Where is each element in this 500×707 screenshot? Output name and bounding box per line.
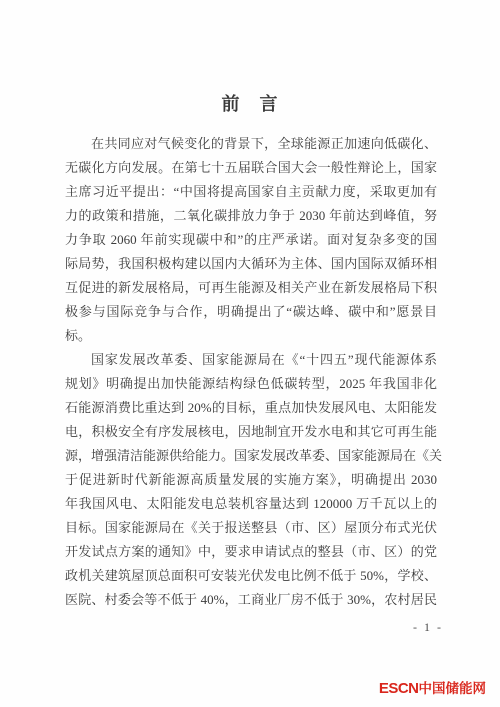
text-line: 标。: [65, 324, 437, 348]
page-title: 前 言: [0, 0, 500, 114]
text-line: 石能源消费比重达到 20%的目标，重点加快发展风电、太阳能发: [65, 396, 437, 420]
document-page: 前 言 在共同应对气候变化的背景下，全球能源正加速向低碳化、 无碳化方向发展。在…: [0, 0, 500, 707]
text-line: 互促进的新发展格局，可再生能源及相关产业在新发展格局下积: [65, 276, 437, 300]
document-body: 在共同应对气候变化的背景下，全球能源正加速向低碳化、 无碳化方向发展。在第七十五…: [65, 132, 437, 612]
text-line: 在共同应对气候变化的背景下，全球能源正加速向低碳化、: [65, 132, 437, 156]
text-line: 力争取 2060 年前实现碳中和”的庄严承诺。面对复杂多变的国: [65, 228, 437, 252]
logo-text-cjk: 中国储能网: [419, 677, 487, 697]
text-line: 年我国风电、太阳能发电总装机容量达到 120000 万千瓦以上的: [65, 492, 437, 516]
page-number: - 1 -: [0, 620, 500, 635]
footer-logo-watermark: ESCN 中国储能网: [379, 677, 486, 697]
text-line: 源，增强清洁能源供给能力。国家发展改革委、国家能源局在《关: [65, 444, 437, 468]
text-line: 无碳化方向发展。在第七十五届联合国大会一般性辩论上，国家: [65, 156, 437, 180]
text-line: 医院、村委会等不低于 40%，工商业厂房不低于 30%，农村居民: [65, 588, 437, 612]
text-line: 规划》明确提出加快能源结构绿色低碳转型，2025 年我国非化: [65, 372, 437, 396]
text-line: 国家发展改革委、国家能源局在《“十四五”现代能源体系: [65, 348, 437, 372]
text-line: 主席习近平提出：“中国将提高国家自主贡献力度，采取更加有: [65, 180, 437, 204]
text-line: 力的政策和措施，二氧化碳排放力争于 2030 年前达到峰值，努: [65, 204, 437, 228]
text-line: 电，积极安全有序发展核电，因地制宜开发水电和其它可再生能: [65, 420, 437, 444]
text-line: 目标。国家能源局在《关于报送整县（市、区）屋顶分布式光伏: [65, 516, 437, 540]
logo-text-escn: ESCN: [379, 680, 419, 697]
text-line: 际局势，我国积极构建以国内大循环为主体、国内国际双循环相: [65, 252, 437, 276]
text-line: 于促进新时代新能源高质量发展的实施方案》，明确提出 2030: [65, 468, 437, 492]
text-line: 极参与国际竞争与合作，明确提出了“碳达峰、碳中和”愿景目: [65, 300, 437, 324]
paragraph-2: 国家发展改革委、国家能源局在《“十四五”现代能源体系 规划》明确提出加快能源结构…: [65, 348, 437, 612]
text-line: 开发试点方案的通知》中，要求申请试点的整县（市、区）的党: [65, 540, 437, 564]
text-line: 政机关建筑屋顶总面积可安装光伏发电比例不低于 50%，学校、: [65, 564, 437, 588]
paragraph-1: 在共同应对气候变化的背景下，全球能源正加速向低碳化、 无碳化方向发展。在第七十五…: [65, 132, 437, 348]
